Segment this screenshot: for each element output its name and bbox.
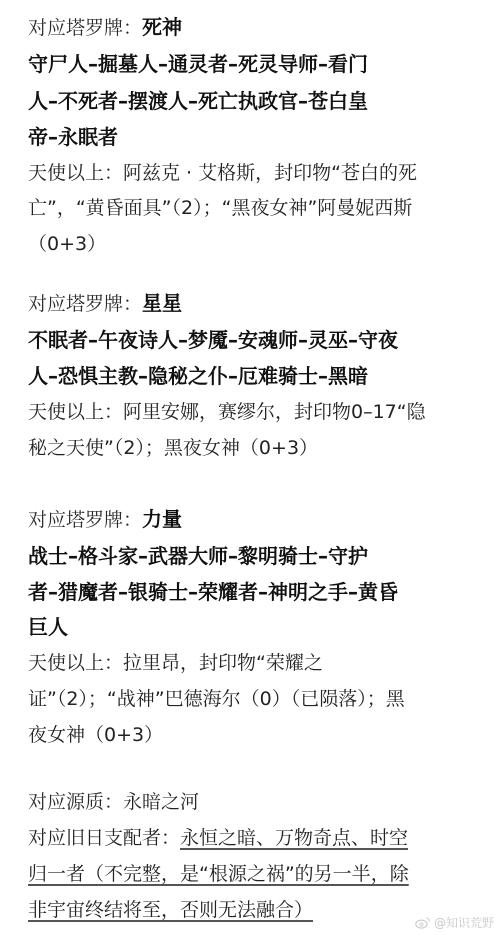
angel-line: 天使以上：阿里安娜，赛缪尔，封印物0–17“隐 — [28, 399, 426, 425]
sequence-line: 不眠者–午夜诗人–梦魇–安魂师–灵巫–守夜 — [28, 327, 398, 353]
angel-line: 夜女神（0+3） — [28, 722, 163, 748]
angel-line: 天使以上：阿兹克 · 艾格斯，封印物“苍白的死 — [28, 160, 417, 186]
sequence-line: 战士–格斗家–武器大师–黎明骑士–守护 — [28, 543, 368, 569]
watermark: @知识荒野 — [415, 914, 494, 931]
tarot-heading-strength: 对应塔罗牌：力量 — [28, 506, 182, 533]
angel-line: 证”（2）；“战神”巴德海尔（0）（已陨落）；黑 — [28, 686, 405, 712]
angel-line: 天使以上：拉里昂，封印物“荣耀之 — [28, 650, 323, 676]
old-ones-line: 归一者（不完整，是“根源之祸”的另一半，除 — [28, 861, 409, 887]
angel-line: （0+3） — [28, 231, 106, 257]
source-heading: 对应源质：永暗之河 — [28, 788, 199, 815]
tarot-label: 对应塔罗牌： — [28, 509, 142, 531]
sequence-line: 者–猎魔者–银骑士–荣耀者–神明之手–黄昏 — [28, 579, 398, 605]
tarot-name: 力量 — [142, 507, 182, 531]
tarot-heading-death: 对应塔罗牌：死神 — [28, 14, 182, 41]
sequence-line: 巨人 — [28, 614, 68, 640]
weibo-icon — [415, 916, 431, 929]
tarot-label: 对应塔罗牌： — [28, 293, 142, 315]
sequence-line: 守尸人–掘墓人–通灵者–死灵导师–看门 — [28, 51, 368, 77]
old-ones-text: 永恒之暗、万物奇点、时空 — [180, 827, 408, 849]
angel-line: 亡”，“黄昏面具”（2）；“黑夜女神”阿曼妮西斯 — [28, 195, 412, 221]
angel-line: 秘之天使”（2）；黑夜女神（0+3） — [28, 435, 318, 461]
old-ones-line: 非宇宙终结将至，否则无法融合） — [28, 897, 313, 923]
old-ones-text: 归一者（不完整，是“根源之祸”的另一半，除 — [28, 863, 409, 885]
tarot-name: 死神 — [142, 15, 182, 39]
source-name: 永暗之河 — [123, 791, 199, 813]
old-ones-line: 对应旧日支配者：永恒之暗、万物奇点、时空 — [28, 825, 408, 851]
tarot-name: 星星 — [142, 291, 182, 315]
sequence-line: 人–不死者–摆渡人–死亡执政官–苍白皇 — [28, 88, 368, 114]
sequence-line: 人–恐惧主教–隐秘之仆–厄难骑士–黑暗 — [28, 363, 368, 389]
old-ones-text: 非宇宙终结将至，否则无法融合） — [28, 899, 313, 921]
watermark-text: @知识荒野 — [434, 914, 494, 931]
tarot-label: 对应塔罗牌： — [28, 17, 142, 39]
tarot-heading-star: 对应塔罗牌：星星 — [28, 290, 182, 317]
source-label: 对应源质： — [28, 791, 123, 813]
sequence-line: 帝–永眠者 — [28, 124, 118, 150]
old-ones-label: 对应旧日支配者： — [28, 827, 180, 849]
